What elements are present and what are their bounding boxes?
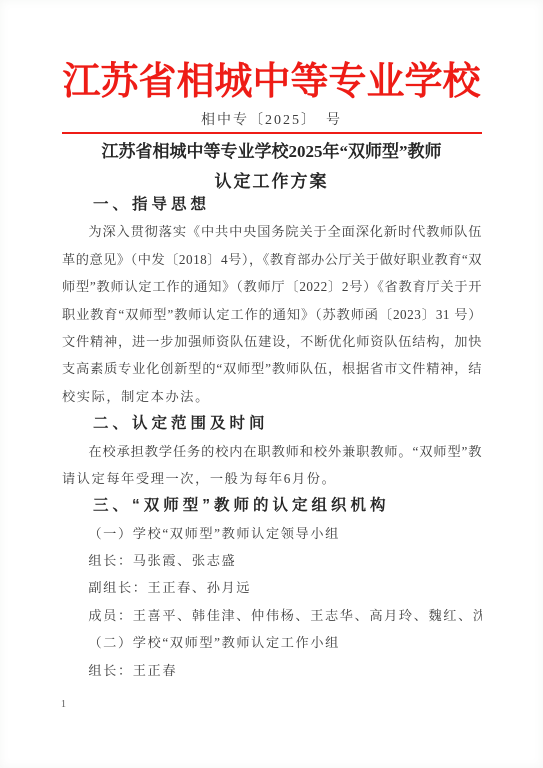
body-line: 职业教育“双师型”教师认定工作的通知》（苏教师函〔2023〕31 号）等: [62, 301, 482, 328]
section-heading: 一、指导思想: [62, 191, 482, 218]
body-line: 副组长：王正春、孙月远: [62, 574, 482, 601]
body-line: 文件精神，进一步加强师资队伍建设，不断优化师资队伍结构，加快建设一: [62, 328, 482, 355]
body-line: 支高素质专业化创新型的“双师型”教师队伍，根据省市文件精神，结合我: [62, 355, 482, 382]
document-title: 江苏省相城中等专业学校2025年“双师型”教师 认定工作方案: [0, 141, 543, 192]
body-line: 师型”教师认定工作的通知》（教师厅〔2022〕2号）《省教育厅关于开展: [62, 273, 482, 300]
red-header-divider: [62, 132, 482, 134]
school-name-header: 江苏省相城中等专业学校: [0, 60, 543, 104]
section-heading: 三、“双师型”教师的认定组织机构: [62, 492, 482, 519]
body-line: 革的意见》（中发〔2018〕4号），《教育部办公厅关于做好职业教育“双: [62, 246, 482, 273]
body-line: 成员：王喜平、韩佳津、仲伟杨、王志华、高月玲、魏红、沈群艳: [62, 602, 482, 629]
section-heading: 二、认定范围及时间: [62, 410, 482, 437]
body-line: 在校承担教学任务的校内在职教师和校外兼职教师。“双师型”教师申: [62, 438, 482, 465]
body-line: 校实际，制定本办法。: [62, 383, 482, 410]
document-page: 江苏省相城中等专业学校 相中专〔2025〕 号 江苏省相城中等专业学校2025年…: [0, 0, 543, 768]
body-line: 组长：马张霞、张志盛: [62, 547, 482, 574]
body-line: 组长：王正春: [62, 657, 482, 684]
document-title-line2: 认定工作方案: [0, 171, 543, 192]
body-line: （二）学校“双师型”教师认定工作小组: [62, 629, 482, 656]
body-line: （一）学校“双师型”教师认定领导小组: [62, 520, 482, 547]
document-title-line1: 江苏省相城中等专业学校2025年“双师型”教师: [102, 142, 442, 161]
page-number: 1: [61, 699, 66, 711]
document-number: 相中专〔2025〕 号: [0, 112, 543, 129]
body-line: 为深入贯彻落实《中共中央国务院关于全面深化新时代教师队伍建设改: [62, 218, 482, 245]
body-line: 请认定每年受理一次，一般为每年6月份。: [62, 465, 482, 492]
document-body: 一、指导思想为深入贯彻落实《中共中央国务院关于全面深化新时代教师队伍建设改革的意…: [62, 191, 482, 684]
